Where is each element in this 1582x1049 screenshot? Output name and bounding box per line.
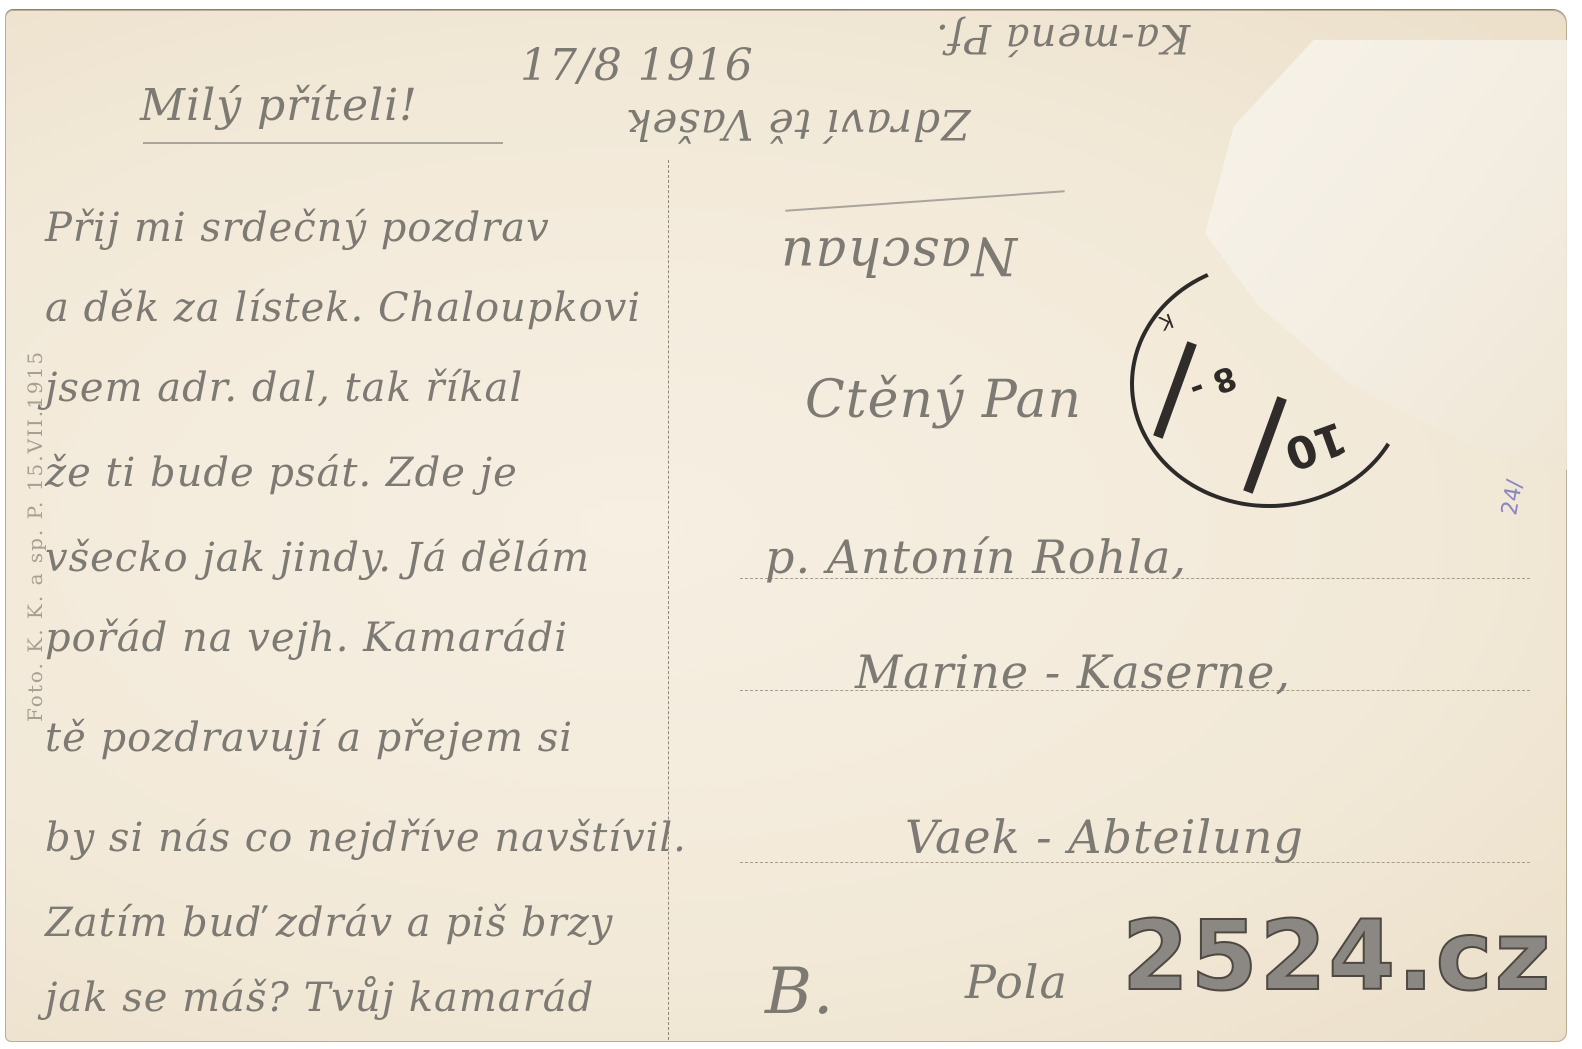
message-line: pořád na vejh. Kamarádi xyxy=(45,615,568,661)
message-line: jak se máš? Tvůj kamarád xyxy=(45,975,594,1021)
upside-down-note: Zdraví tě Vašek xyxy=(625,100,970,149)
message-line: a děk za lístek. Chaloupkovi xyxy=(45,285,641,331)
message-line: by si nás co nejdříve navštívil. xyxy=(45,815,687,861)
watermark: 2524.cz xyxy=(1122,900,1552,1012)
publisher-imprint: Foto. K. K. a sp. P. 15.VII.1915 xyxy=(23,322,47,722)
message-line: všecko jak jindy. Já dělám xyxy=(45,535,590,581)
message-line: Přij mi srdečný pozdrav xyxy=(45,205,550,251)
address-line-2: Marine - Kaserne, xyxy=(855,645,1291,699)
message-line: jsem adr. dal, tak říkal xyxy=(45,365,523,411)
greeting: Milý příteli! xyxy=(140,80,418,131)
upside-down-note: Ka-mená Pf. xyxy=(935,15,1190,61)
address-line-3: Vaek - Abteilung xyxy=(905,810,1304,864)
message-line: že ti bude psát. Zde je xyxy=(45,450,518,496)
recipient-name: p. Antonín Rohla, xyxy=(765,530,1187,584)
signature: B. xyxy=(765,955,834,1029)
upside-down-swash xyxy=(785,190,1064,212)
address-city: Pola xyxy=(965,955,1068,1009)
date: 17/8 1916 xyxy=(520,40,754,91)
pencil-mark: 24/ xyxy=(1497,478,1528,517)
message-line: tě pozdravují a přejem si xyxy=(45,715,573,761)
postcard: Foto. K. K. a sp. P. 15.VII.1915 Milý př… xyxy=(5,10,1567,1042)
postcard-divider xyxy=(668,160,669,1040)
upside-down-note: Naschau xyxy=(780,225,1017,285)
address-salutation: Ctěný Pan xyxy=(805,370,1082,430)
greeting-underline xyxy=(143,142,503,144)
message-line: Zatím buď zdráv a piš brzy xyxy=(45,900,613,946)
